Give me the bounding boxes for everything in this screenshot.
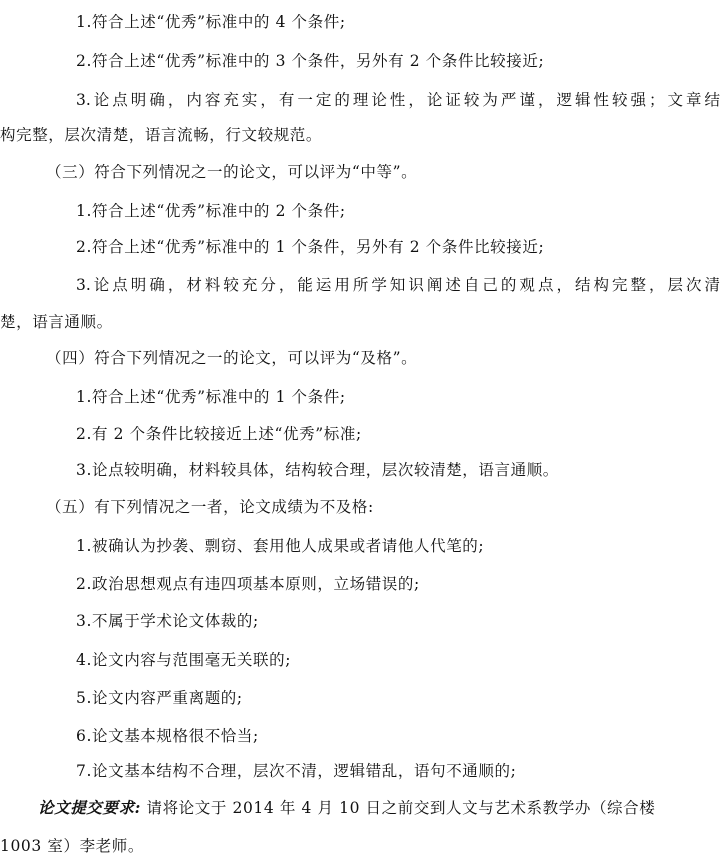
- section-heading-fail: （五）有下列情况之一者，论文成绩为不及格:: [46, 497, 720, 517]
- section-heading-pass: （四）符合下列情况之一的论文，可以评为“及格”。: [46, 348, 720, 368]
- medium-criterion-3-cont: 楚，语言通顺。: [0, 312, 720, 332]
- submission-label: 论文提交要求:: [38, 798, 141, 817]
- fail-criterion-6: 6.论文基本规格很不恰当;: [76, 726, 720, 746]
- fail-criterion-4: 4.论文内容与范围毫无关联的;: [76, 650, 720, 670]
- section-heading-medium: （三）符合下列情况之一的论文，可以评为“中等”。: [46, 162, 720, 182]
- medium-criterion-3: 3.论点明确，材料较充分，能运用所学知识阐述自己的观点，结构完整，层次清: [76, 275, 720, 295]
- fail-criterion-1: 1.被确认为抄袭、剽窃、套用他人成果或者请他人代笔的;: [76, 536, 720, 556]
- submission-requirement: 论文提交要求: 请将论文于 2014 年 4 月 10 日之前交到人文与艺术系教…: [38, 798, 720, 818]
- pass-criterion-3: 3.论点较明确，材料较具体，结构较合理，层次较清楚，语言通顺。: [76, 460, 720, 480]
- excellent-good-criterion-2: 2.符合上述“优秀”标准中的 3 个条件，另外有 2 个条件比较接近;: [76, 51, 720, 71]
- medium-criterion-2: 2.符合上述“优秀”标准中的 1 个条件，另外有 2 个条件比较接近;: [76, 237, 720, 257]
- pass-criterion-1: 1.符合上述“优秀”标准中的 1 个条件;: [76, 387, 720, 407]
- fail-criterion-2: 2.政治思想观点有违四项基本原则，立场错误的;: [76, 574, 720, 594]
- fail-criterion-7: 7.论文基本结构不合理，层次不清，逻辑错乱，语句不通顺的;: [76, 761, 720, 781]
- good-criterion-3: 3.论点明确，内容充实，有一定的理论性，论证较为严谨，逻辑性较强；文章结: [76, 90, 720, 110]
- fail-criterion-3: 3.不属于学术论文体裁的;: [76, 611, 720, 631]
- submission-text: 请将论文于 2014 年 4 月 10 日之前交到人文与艺术系教学办（综合楼: [141, 799, 655, 817]
- submission-requirement-cont: 1003 室）李老师。: [0, 836, 720, 856]
- excellent-good-criterion-1: 1.符合上述“优秀”标准中的 4 个条件;: [76, 12, 720, 32]
- good-criterion-3-cont: 构完整，层次清楚，语言流畅，行文较规范。: [0, 125, 720, 145]
- fail-criterion-5: 5.论文内容严重离题的;: [76, 688, 720, 708]
- pass-criterion-2: 2.有 2 个条件比较接近上述“优秀”标准;: [76, 424, 720, 444]
- medium-criterion-1: 1.符合上述“优秀”标准中的 2 个条件;: [76, 201, 720, 221]
